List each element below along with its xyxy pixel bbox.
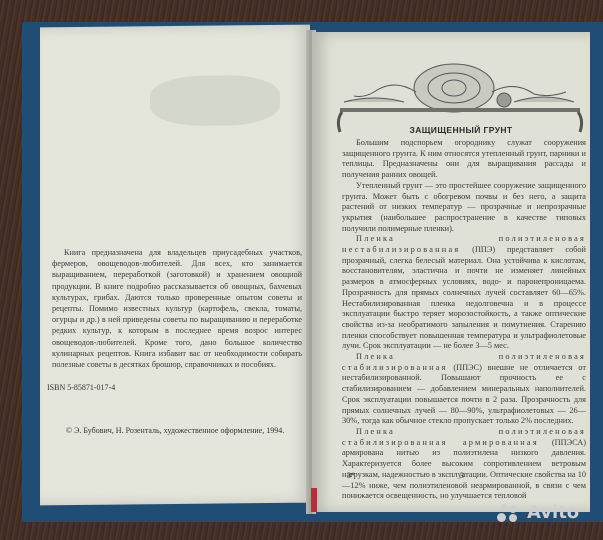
avito-logo-icon — [497, 504, 523, 522]
isbn: ISBN 5-85871-017-4 — [47, 383, 115, 392]
show-through-ornament — [150, 75, 280, 126]
cabbage-ornament-icon — [334, 58, 586, 134]
paragraph: Пленка полиэтиленовая стабилизированная … — [342, 427, 586, 502]
copyright-line: © Э. Бубович, Н. Розенталь, художественн… — [66, 426, 284, 435]
signature-mark: 3* — [347, 471, 355, 480]
page-number: 3 — [460, 471, 464, 480]
chapter-title: ЗАЩИЩЕННЫЙ ГРУНТ — [336, 125, 586, 135]
paragraph: Пленка полиэтиленовая стабилизированная … — [342, 352, 586, 427]
chapter-body: Большим подспорьем огороднику служат соо… — [342, 138, 586, 502]
paragraph: Пленка полиэтиленовая нестабилизированна… — [342, 234, 586, 352]
ribbon-bookmark — [311, 488, 317, 512]
paragraph: Большим подспорьем огороднику служат соо… — [342, 138, 586, 181]
avito-brand-text: Avito — [527, 502, 579, 523]
avito-watermark: Avito — [497, 502, 579, 523]
book-annotation: Книга предназначена для владельцев приус… — [52, 247, 302, 370]
paragraph: Утепленный грунт — это простейшее сооруж… — [342, 181, 586, 235]
